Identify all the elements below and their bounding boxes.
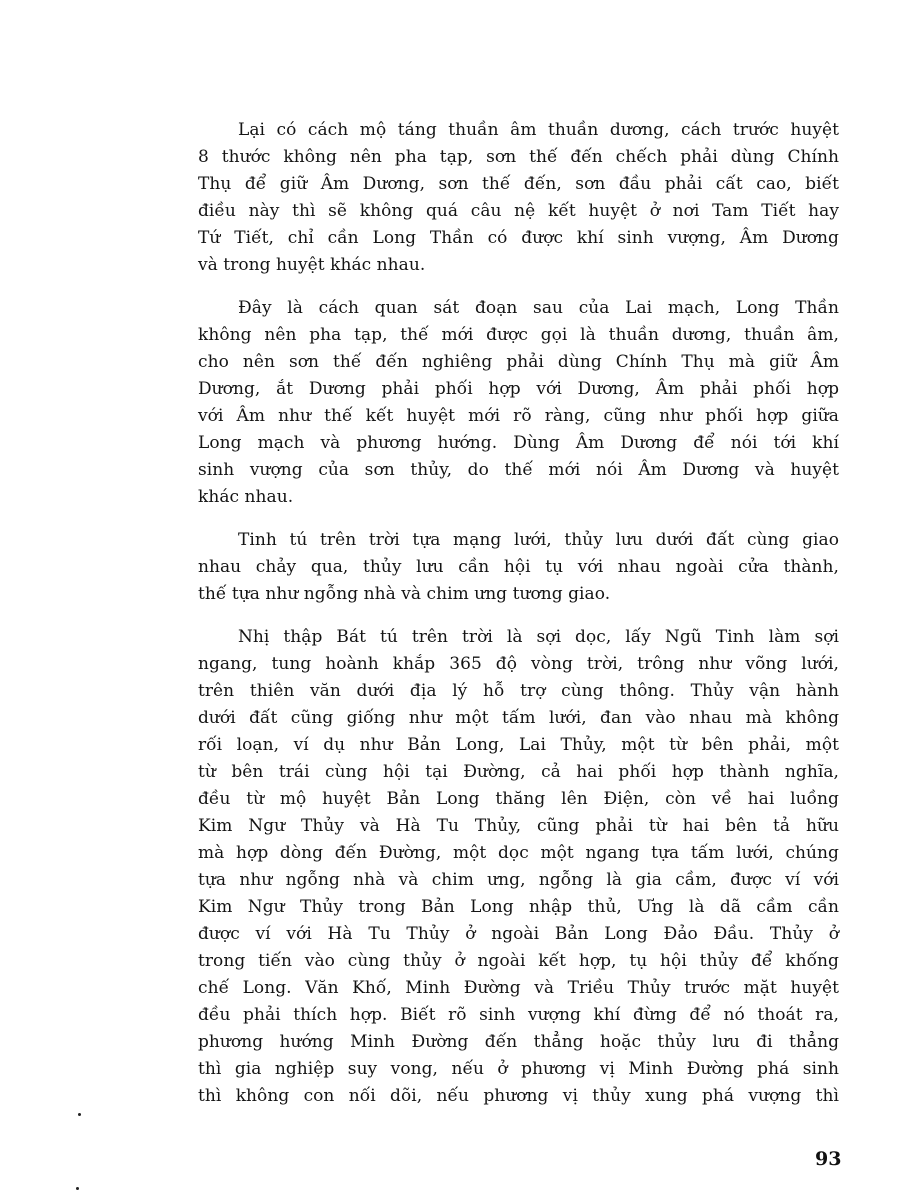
text-line: trên thiên văn dưới địa lý hỗ trợ cùng t… [198, 678, 839, 705]
paragraph-3: Tinh tú trên trời tựa mạng lưới, thủy lư… [198, 527, 839, 608]
text-line: Tinh tú trên trời tựa mạng lưới, thủy lư… [198, 527, 839, 554]
text-line: thì gia nghiệp suy vong, nếu ở phương vị… [198, 1056, 839, 1083]
text-line: chế Long. Văn Khố, Minh Đường và Triều T… [198, 975, 839, 1002]
text-line: được ví với Hà Tu Thủy ở ngoài Bản Long … [198, 921, 839, 948]
text-line: tựa như ngỗng nhà và chim ưng, ngỗng là … [198, 867, 839, 894]
text-line: nhau chảy qua, thủy lưu cần hội tụ với n… [198, 554, 839, 581]
page-number: 93 [815, 1148, 841, 1170]
body-text: Lại có cách mộ táng thuần âm thuần dương… [198, 117, 839, 1126]
text-line: với Âm như thế kết huyệt mới rõ ràng, cũ… [198, 403, 839, 430]
text-line: điều này thì sẽ không quá câu nệ kết huy… [198, 198, 839, 225]
text-line: 8 thước không nên pha tạp, sơn thế đến c… [198, 144, 839, 171]
text-line: thì không con nối dõi, nếu phương vị thủ… [198, 1083, 839, 1110]
scan-speck [78, 1113, 81, 1116]
text-line: Kim Ngư Thủy và Hà Tu Thủy, cũng phải từ… [198, 813, 839, 840]
text-line: đều từ mộ huyệt Bản Long thăng lên Điện,… [198, 786, 839, 813]
text-line: và trong huyệt khác nhau. [198, 252, 839, 279]
text-line: trong tiến vào cùng thủy ở ngoài kết hợp… [198, 948, 839, 975]
text-line: Kim Ngư Thủy trong Bản Long nhập thủ, Ưn… [198, 894, 839, 921]
text-line: rối loạn, ví dụ như Bản Long, Lai Thủy, … [198, 732, 839, 759]
text-line: Nhị thập Bát tú trên trời là sợi dọc, lấ… [198, 624, 839, 651]
text-line: Long mạch và phương hướng. Dùng Âm Dương… [198, 430, 839, 457]
text-line: cho nên sơn thế đến nghiêng phải dùng Ch… [198, 349, 839, 376]
text-line: từ bên trái cùng hội tại Đường, cả hai p… [198, 759, 839, 786]
text-line: sinh vượng của sơn thủy, do thế mới nói … [198, 457, 839, 484]
text-line: mà hợp dòng đến Đường, một dọc một ngang… [198, 840, 839, 867]
text-line: Dương, ắt Dương phải phối hợp với Dương,… [198, 376, 839, 403]
text-line: dưới đất cũng giống như một tấm lưới, đa… [198, 705, 839, 732]
paragraph-2: Đây là cách quan sát đoạn sau của Lai mạ… [198, 295, 839, 511]
text-line: đều phải thích hợp. Biết rõ sinh vượng k… [198, 1002, 839, 1029]
paragraph-4: Nhị thập Bát tú trên trời là sợi dọc, lấ… [198, 624, 839, 1110]
text-line: khác nhau. [198, 484, 839, 511]
text-line: Đây là cách quan sát đoạn sau của Lai mạ… [198, 295, 839, 322]
text-line: Lại có cách mộ táng thuần âm thuần dương… [198, 117, 839, 144]
text-line: Tứ Tiết, chỉ cần Long Thần có được khí s… [198, 225, 839, 252]
text-line: phương hướng Minh Đường đến thẳng hoặc t… [198, 1029, 839, 1056]
text-line: không nên pha tạp, thế mới được gọi là t… [198, 322, 839, 349]
scan-speck [76, 1187, 79, 1190]
text-line: Thụ để giữ Âm Dương, sơn thế đến, sơn đầ… [198, 171, 839, 198]
book-page: Lại có cách mộ táng thuần âm thuần dương… [0, 0, 921, 1200]
text-line: ngang, tung hoành khắp 365 độ vòng trời,… [198, 651, 839, 678]
text-line: thế tựa như ngỗng nhà và chim ưng tương … [198, 581, 839, 608]
paragraph-1: Lại có cách mộ táng thuần âm thuần dương… [198, 117, 839, 279]
